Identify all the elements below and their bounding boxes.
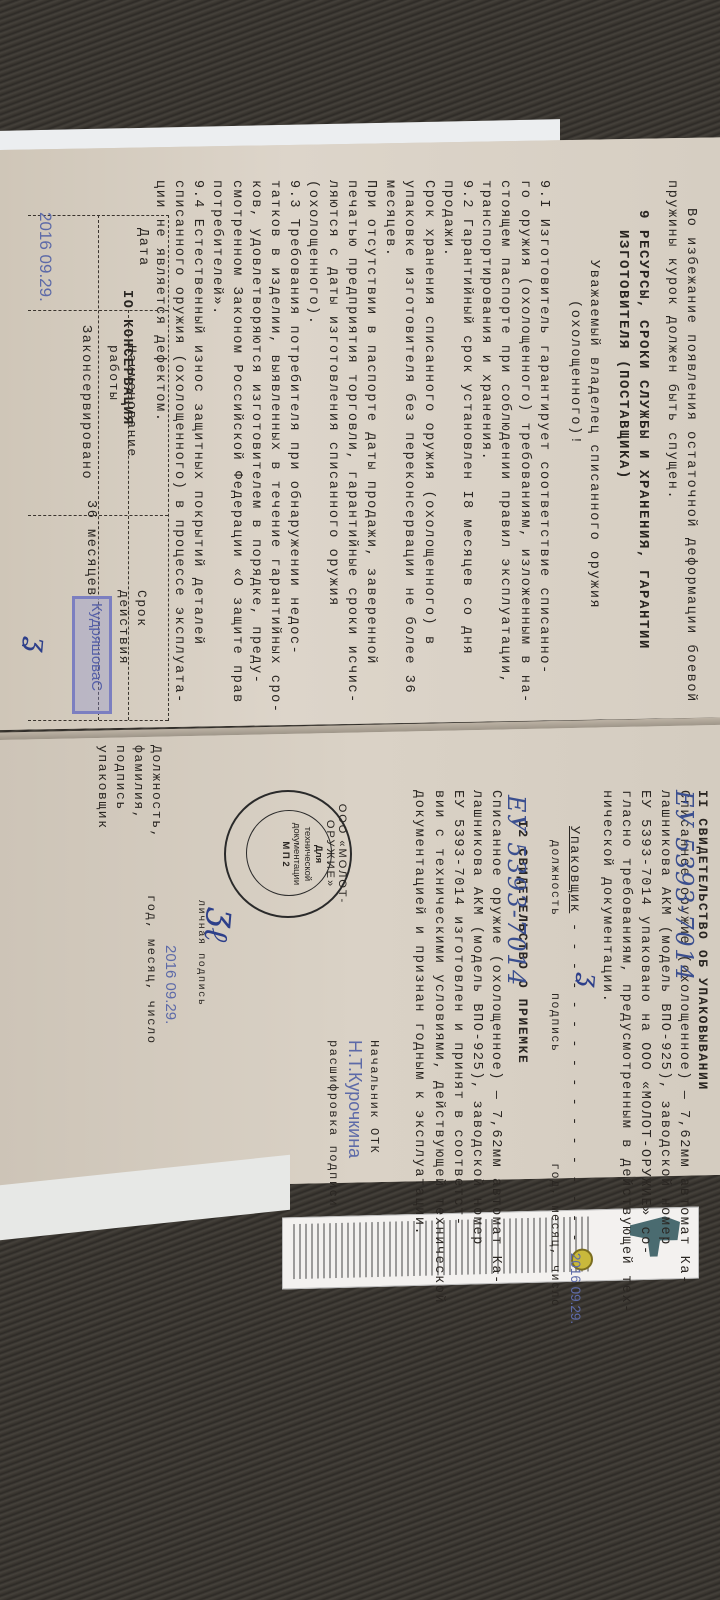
packer-signature: ʓ: [21, 635, 55, 654]
packer-name-stamp: КудряшоваС: [72, 596, 112, 714]
text-line: потребителей».: [207, 180, 226, 714]
left-page-text: Во избежание появления остаточной деформ…: [116, 180, 700, 714]
acceptance-date-caption: год, месяц, число: [141, 895, 160, 1045]
text-line: ЕУ 5393-7014 упаковано на ООО «МОЛОТ-ОРУ…: [635, 790, 654, 1324]
text-line: списанного оружия (охолощенного) в проце…: [169, 180, 188, 714]
text-line: смотренном Законом Российской Федерации …: [226, 180, 245, 714]
text-line: 9.2 Гарантийный срок установлен I8 месяц…: [457, 180, 476, 714]
packer-role-text: Упаковщик: [566, 826, 581, 913]
text-line: го оружия (охолощенного) требованиям, из…: [514, 180, 533, 714]
conservation-work: Законсервировано: [76, 325, 95, 480]
seal-line: документации: [291, 792, 302, 916]
acceptance-date-stamp: 2016 09.29.: [161, 945, 180, 1024]
text-line: транспортирования и хранения.: [476, 180, 495, 714]
text-line: месяцев.: [380, 180, 399, 714]
header-packer: Должность, фамилия, подпись упаковщик: [93, 745, 165, 835]
serial-handwritten-12: ЕУ 5393-7014: [506, 795, 525, 987]
header-term: Срок действия: [114, 590, 150, 660]
text-line: При отсутствии в паспорте даты продажи, …: [361, 180, 380, 714]
text-line: ков, удовлетворяются изготовителем в пор…: [246, 180, 265, 714]
intro-line: пружины курок должен быть спущен.: [662, 180, 681, 714]
header-packer-text: Должность, фамилия, подпись упаковщик: [93, 745, 165, 835]
text-line: лашникова АКМ (модель ВПО-925), заводско…: [467, 790, 486, 1324]
conservation-term: 36 месяцев: [81, 500, 100, 597]
header-work: Наименование работы: [104, 345, 140, 455]
intro-line: Во избежание появления остаточной деформ…: [681, 180, 700, 714]
header-date: Дата: [133, 228, 152, 267]
text-line: 9.4 Естественный износ защитных покрытий…: [188, 180, 207, 714]
text-line: документацией и признан годным к эксплуа…: [409, 790, 428, 1324]
signature-caption: подпись: [548, 993, 561, 1053]
section12-body: Списанное оружие (охолощенное) — 7,62мм …: [409, 790, 505, 1324]
date-caption: год, месяц, число: [548, 1163, 561, 1308]
otk-role: Начальник ОТК: [364, 790, 383, 1324]
text-line: гласно требованиям, предусмотренным в де…: [616, 790, 635, 1324]
packer-signature-11: ʓ: [574, 971, 605, 988]
serial-handwritten-11: ЕУ 5393-7014: [674, 790, 693, 982]
text-line: (охолощенного).: [303, 180, 322, 714]
text-line: Срок хранения списанного оружия (охолоще…: [418, 180, 437, 714]
text-line: 9.I Изготовитель гарантирует соответстви…: [534, 180, 553, 714]
otk-name-stamp: Н.Т.Курочкина: [345, 1040, 365, 1158]
greeting: (охолощенного)!: [565, 180, 584, 714]
text-line: нической документации.: [597, 790, 616, 1324]
text-line: стоящем паспорте при соблюдении правил э…: [495, 180, 514, 714]
section9-body: 9.I Изготовитель гарантирует соответстви…: [150, 180, 553, 714]
text-line: продажи.: [438, 180, 457, 714]
otk-seal: ООО «МОЛОТ-ОРУЖИЕ» Для технической докум…: [224, 790, 352, 918]
conservation-date-stamp: 2016 09.29.: [36, 212, 55, 302]
header-work-text: Наименование работы: [104, 345, 140, 455]
text-line: 9.3 Требования потребителя при обнаружен…: [284, 180, 303, 714]
role-caption: должность: [548, 840, 561, 917]
personal-signature-caption: личная подпись: [191, 900, 210, 1006]
greeting: Уважаемый владелец списанного оружия: [584, 180, 603, 714]
text-line: ляются с даты изготовления списанного ор…: [322, 180, 341, 714]
packer-captions: должность подпись год, месяц, число: [544, 790, 563, 1324]
section9-title: ИЗГОТОВИТЕЛЯ (ПОСТАВЩИКА): [613, 180, 632, 714]
text-line: печатью предприятия торговли, гарантийны…: [342, 180, 361, 714]
section9-title: 9 РЕСУРСЫ, СРОКИ СЛУЖБЫ И ХРАНЕНИЯ, ГАРА…: [632, 180, 651, 714]
packing-date: 2016 09.29.: [568, 1253, 583, 1324]
seal-line: технической: [302, 792, 313, 916]
text-line: упаковке изготовителя без переконсерваци…: [399, 180, 418, 714]
packer-role: Упаковщик - - - - - - - - - - - - - - - …: [564, 790, 585, 1324]
seal-line: М П 2: [280, 792, 291, 916]
seal-center: Для технической документации М П 2: [280, 792, 324, 916]
seal-line: Для: [313, 792, 324, 916]
text-line: ЕУ 5393-7014 изготовлен и принят в соотв…: [448, 790, 467, 1324]
packer-stamp-text: КудряшоваС: [88, 603, 105, 691]
text-line: вии с техническими условиями, действующе…: [428, 790, 447, 1324]
text-line: татков в изделии, выявленных в течение г…: [265, 180, 284, 714]
header-term-text: Срок действия: [114, 590, 150, 660]
